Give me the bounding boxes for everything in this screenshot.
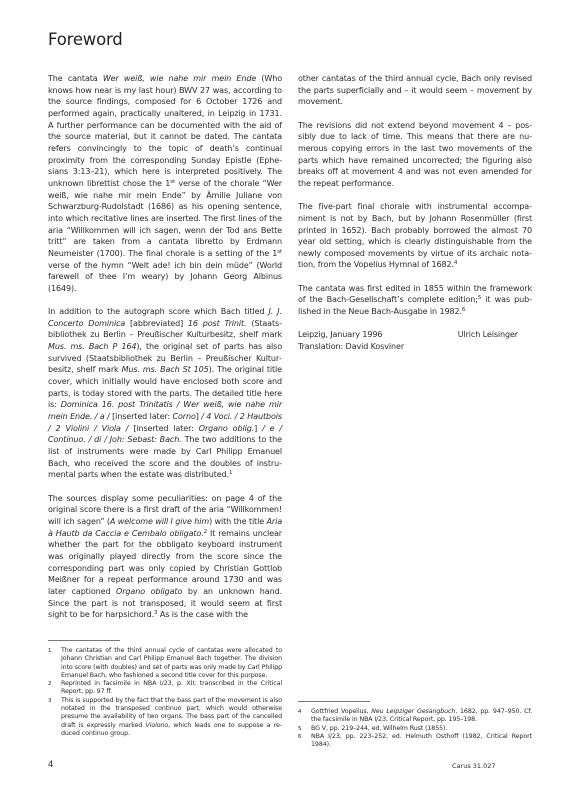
paragraph-sources: In addition to the autograph score which…	[48, 306, 282, 481]
superscript: st	[277, 249, 282, 255]
footnote-divider	[48, 640, 120, 641]
paragraph-revisions: The revisions did not extend beyond move…	[298, 120, 532, 190]
left-column: The cantata Wer weiß, wie nahe mir mein …	[48, 73, 282, 632]
italic-text: Corno	[172, 412, 195, 421]
catalog-number: Carus 31.027	[452, 762, 496, 770]
text: Gottfried Vopelius,	[311, 708, 371, 715]
text: The five-part final chorale with instrum…	[298, 202, 532, 269]
paragraph-peculiarities: The sources display some peculiarities: …	[48, 493, 282, 621]
text: The cantata	[48, 74, 103, 83]
footnote-divider	[298, 701, 370, 702]
right-column: other cantatas of the third annual cycle…	[298, 73, 532, 353]
footnote-number: 3	[48, 697, 61, 738]
footnote-number: 4	[298, 708, 311, 725]
page-title: Foreword	[48, 30, 123, 49]
paragraph-continuation: other cantatas of the third annual cycle…	[298, 73, 532, 108]
text: [inserted later:	[128, 424, 198, 433]
cantata-title: Wer weiß, wie nahe mir mein Ende	[103, 74, 256, 83]
text: (Who knows how near is my last hour) BWV…	[48, 74, 282, 188]
footnote-number: 5	[298, 725, 311, 733]
translator: Translation: David Kosviner	[298, 341, 532, 353]
author-name: Ulrich Leisinger	[458, 329, 518, 341]
signature-block: Leipzig, January 1996 Ulrich Leisinger T…	[298, 329, 532, 352]
text: [abbreviated]	[125, 319, 188, 328]
footnote-1: 1 The cantatas of the third annual cycle…	[48, 647, 282, 680]
footnote-text: Gottfried Vopelius, Neu Leipziger Gesang…	[311, 708, 532, 725]
footnote-text: Reprinted in facsimile in NBA I/23, p. X…	[61, 680, 282, 697]
footnote-text: BG V, pp. 219–244, ed. Wilhelm Rust (185…	[311, 725, 532, 733]
footnote-number: 1	[48, 647, 61, 680]
page-number: 4	[48, 760, 53, 770]
shelf-mark: Mus. ms. Bach P 164	[48, 342, 136, 351]
italic-text: A welcome will I give him	[110, 517, 209, 526]
footnote-text: This is supported by the fact that the b…	[61, 697, 282, 738]
text: As is the case with the	[157, 610, 248, 619]
footnote-6: 6 NBA I/23, pp. 223–252, ed. Helmuth Ost…	[298, 733, 532, 750]
italic-text: Neu Leipziger Gesangbuch	[371, 708, 455, 715]
text: verse of the hymn “Welt ade! ich bin dei…	[48, 261, 282, 293]
footnote-reference[interactable]: 4	[454, 260, 457, 266]
footnote-reference[interactable]: 1	[229, 470, 232, 476]
place-date: Leipzig, January 1996	[298, 329, 382, 341]
text: It remains unclear whether the part for …	[48, 529, 282, 596]
footnote-5: 5 BG V, pp. 219–244, ed. Wilhelm Rust (1…	[298, 725, 532, 733]
footnote-3: 3 This is supported by the fact that the…	[48, 697, 282, 738]
italic-text: Organo obligato	[116, 587, 182, 596]
footnote-text: NBA I/23, pp. 223–252, ed. Helmuth Ostho…	[311, 733, 532, 750]
footnotes-right: 4 Gottfried Vopelius, Neu Leipziger Gesa…	[298, 701, 532, 749]
italic-text: Organo oblig.	[199, 424, 254, 433]
paragraph-chorale: The five-part final chorale with instrum…	[298, 201, 532, 271]
footnote-reference[interactable]: 6	[462, 307, 465, 313]
paragraph-editions: The cantata was first edited in 1855 wit…	[298, 283, 532, 318]
italic-text: Violono	[145, 722, 168, 729]
text: verse of the chorale “Wer weiß, wie nahe…	[48, 179, 282, 258]
footnote-4: 4 Gottfried Vopelius, Neu Leipziger Gesa…	[298, 708, 532, 725]
italic-text: 16 post Trinit.	[188, 319, 247, 328]
footnote-2: 2 Reprinted in facsimile in NBA I/23, p.…	[48, 680, 282, 697]
text: ) with the title	[209, 517, 266, 526]
shelf-mark: Mus. ms. Bach St 105	[122, 365, 209, 374]
footnote-text: The cantatas of the third annual cycle o…	[61, 647, 282, 680]
text: In addition to the autograph score which…	[48, 307, 269, 316]
text: [inserted later:	[110, 412, 173, 421]
text: ]	[254, 424, 262, 433]
paragraph-introduction: The cantata Wer weiß, wie nahe mir mein …	[48, 73, 282, 294]
footnote-number: 6	[298, 733, 311, 750]
footnotes-left: 1 The cantatas of the third annual cycle…	[48, 640, 282, 738]
footnote-number: 2	[48, 680, 61, 697]
